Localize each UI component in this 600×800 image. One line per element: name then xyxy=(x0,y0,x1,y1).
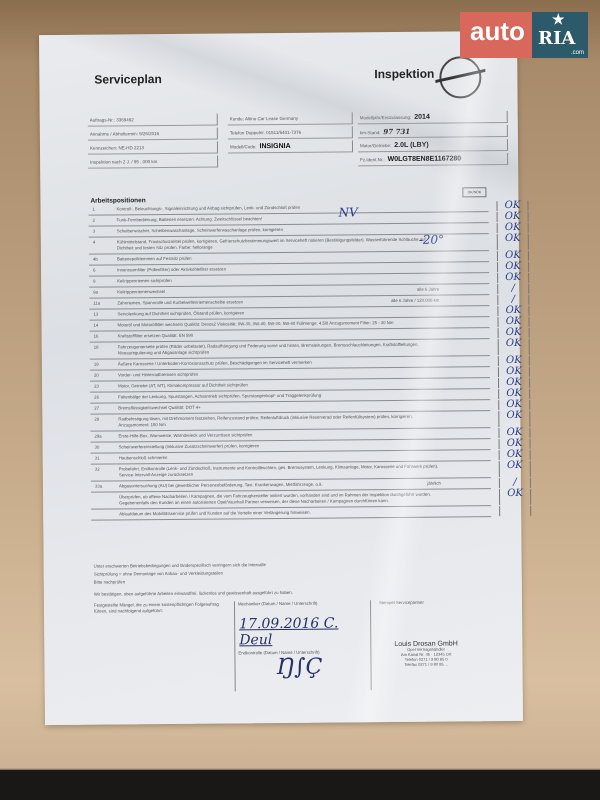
item-check-mark: OK xyxy=(497,234,529,250)
work-items-table: 1Kontroll-, Beleuchtungs-, Signaleinrich… xyxy=(88,201,491,520)
header-field: Inspektion nach 2 J. / 95 ..000 km xyxy=(88,156,218,169)
item-interval: alle 6 Jahre xyxy=(417,287,439,293)
item-check-mark: OK xyxy=(498,400,530,410)
item-description: Keilrippenriemen sichtprüfen xyxy=(117,276,439,285)
item-description: Motoröl und Motorölfilter wechseln Quali… xyxy=(118,320,440,329)
item-description: Kühlmittelstand, Frostschutzmittel prüfe… xyxy=(117,237,439,252)
item-check-mark: / xyxy=(497,284,529,294)
header-field: Auftrags-Nr.: 3369492 xyxy=(88,114,218,127)
item-check-mark: OK xyxy=(496,201,528,211)
item-check-mark: OK xyxy=(498,378,530,388)
autoria-watermark: auto ★ RIA .com xyxy=(460,12,588,58)
mechanic-box: Mechaniker (Datum / Name / Unterschrift)… xyxy=(234,600,372,691)
item-number: 2 xyxy=(93,217,111,223)
item-number: 23 xyxy=(94,383,112,389)
handwritten-note: NV xyxy=(339,209,358,215)
model-value: INSIGNIA xyxy=(259,143,290,150)
item-check-mark: / xyxy=(499,478,531,488)
item-check-mark: OK xyxy=(497,262,529,272)
item-number: 9 xyxy=(93,278,111,284)
handwritten-note: -20° xyxy=(419,237,444,243)
item-check-mark: OK xyxy=(499,489,531,505)
header-value: 2.0L (LBY) xyxy=(394,142,429,149)
header-field: Modelljahr/Erstzulassung:2014 xyxy=(358,111,508,124)
document-title: Serviceplan xyxy=(94,72,161,87)
header-field: Annahme / Abholtermin: 9/26/2016 xyxy=(88,128,218,141)
footnote-line: Bitte nachprüfen xyxy=(94,577,266,587)
item-description: Probefahrt, Endkontrolle (Lenk- und Zünd… xyxy=(119,464,441,479)
item-description: Äußere Karosserie / Unterboden-Korrosion… xyxy=(118,359,440,368)
mechanic-label: Mechaniker (Datum / Name / Unterschrift) xyxy=(235,600,370,606)
confirmation-text: Wir bestätigen, oben aufgeführte Arbeite… xyxy=(94,590,293,597)
header-field: Telefon Doppelnr. 01511/5401-7376 xyxy=(228,126,353,139)
table-row: Ablaufdatum des Mobilitätsservice prüfen… xyxy=(91,506,491,520)
footnotes: Unter erschwerten Betriebsbedingungen un… xyxy=(94,561,266,587)
item-check-mark: OK xyxy=(498,339,530,355)
item-check-mark: OK xyxy=(497,251,529,261)
item-number: 26 xyxy=(94,394,112,400)
item-check-mark: OK xyxy=(498,411,530,427)
item-description: Innenraumfilter (Pollenfilter) oder Akti… xyxy=(117,265,439,274)
mechanic-signature: 17.09.2016 C. Deul xyxy=(235,615,370,648)
item-description: Haubenschloß schmieren xyxy=(119,453,441,462)
item-description: Batteriepolklemmen auf Festsitz prüfen xyxy=(117,254,439,263)
item-number: 3 xyxy=(93,228,111,234)
document-subtitle: Inspektion xyxy=(374,67,434,82)
item-number: 9a xyxy=(93,289,111,295)
item-description: Abgasuntersuchung (AU) bei gewerblicher … xyxy=(119,481,441,490)
item-number: 29a xyxy=(94,433,112,439)
header-field: Modell/Code:INSIGNIA xyxy=(228,140,353,153)
watermark-auto: auto xyxy=(460,12,532,58)
item-number: 1 xyxy=(92,206,110,212)
item-check-mark: OK xyxy=(499,439,531,449)
header-value: 2014 xyxy=(414,114,430,121)
item-check-mark: OK xyxy=(498,367,530,377)
item-description: Servolenkung auf Dichtheit sichtprüfen, … xyxy=(117,309,439,318)
item-check-mark: OK xyxy=(497,306,529,316)
item-number: 6 xyxy=(93,267,111,273)
item-description: Fahrzeugunterseite prüfen (Räder unbelas… xyxy=(118,342,440,357)
item-description: Scheibenwischer, Scheibenwaschanlage, Sc… xyxy=(117,226,439,235)
item-description: Erste-Hilfe-Box, Warnweste, Warndreieck … xyxy=(118,431,440,440)
item-description: Funk-Fernbedienung, Batterien ersetzen. … xyxy=(117,215,439,224)
defects-label: Festgestellte Mängel, die zu einem koste… xyxy=(94,602,224,615)
item-number: 19 xyxy=(94,361,112,367)
item-description: Keilrippenriemenwechsel xyxy=(117,287,439,296)
item-number: 18 xyxy=(94,344,112,350)
item-description: Ablaufdatum des Mobilitätsservice prüfen… xyxy=(119,509,441,518)
item-number: 4b xyxy=(93,256,111,262)
item-check-mark: OK xyxy=(499,461,531,477)
item-number: 32 xyxy=(95,466,113,472)
item-check-mark: OK xyxy=(498,328,530,338)
item-check-mark: OK xyxy=(497,273,529,283)
stamp-label: Stempel Servicepartner xyxy=(379,600,424,605)
header-field: Kunde: Altino Car Lease Germany xyxy=(228,112,353,125)
item-description: Kontroll-, Beleuchtungs-, Signaleinricht… xyxy=(116,204,438,213)
item-check-mark: OK xyxy=(497,212,529,222)
item-interval: alle 6 Jahre / 120.000 km xyxy=(391,298,439,304)
star-icon: ★ xyxy=(552,12,565,28)
signature-block: Festgestellte Mängel, die zu einem koste… xyxy=(94,599,505,693)
item-description: Überprüfen, ob offene Nacharbeiten / Kam… xyxy=(119,492,441,507)
ok-nok-header: OK/NOK xyxy=(462,187,486,197)
item-number: 30 xyxy=(95,444,113,450)
header-field: Fz.Ident.Nr.:W0LGT8EN8E1167280 xyxy=(358,153,508,166)
item-description: Vorder- und Hinterradbremsen sichtprüfen xyxy=(118,370,440,379)
dealer-stamp: Louis Drosan GmbH Opel Vertragshändler A… xyxy=(394,641,458,667)
item-description: Kraftstofffilter ersetzen Qualität: EN 5… xyxy=(118,331,440,340)
floor-shadow xyxy=(0,770,600,800)
header-field: km-Stand:97 731 xyxy=(358,125,508,138)
item-number: 11a xyxy=(93,300,111,306)
vehicle-header: Auftrags-Nr.: 3369492Annahme / Abholterm… xyxy=(88,111,508,115)
opel-logo-icon xyxy=(439,56,481,98)
item-number: 14 xyxy=(94,322,112,328)
item-interval: jährlich xyxy=(427,481,441,487)
header-field: Motor/Getriebe:2.0L (LBY) xyxy=(358,139,508,152)
service-plan-sheet: Serviceplan Inspektion Auftrags-Nr.: 336… xyxy=(39,31,523,725)
header-value: 97 731 xyxy=(383,127,410,136)
item-description: Motor, Getriebe (AT, MT), Klimakompresso… xyxy=(118,381,440,390)
item-check-mark: / xyxy=(497,295,529,305)
item-number: 31 xyxy=(95,455,113,461)
header-value: W0LGT8EN8E1167280 xyxy=(388,155,462,163)
item-check-mark: OK xyxy=(498,428,530,438)
item-check-mark: OK xyxy=(498,356,530,366)
item-number: 27 xyxy=(94,405,112,411)
item-number: 13 xyxy=(93,311,111,317)
item-description: Faltenbälge der Lenkung, Spurstangen, Ac… xyxy=(118,392,440,401)
item-description: Bremsflüssigkeitswechsel Qualität: DOT 4… xyxy=(118,403,440,412)
header-field: Kennzeichen: NE-HD 2213 xyxy=(88,142,218,155)
item-check-mark: OK xyxy=(498,389,530,399)
watermark-ria: ★ RIA .com xyxy=(532,12,588,58)
item-check-mark: OK xyxy=(497,223,529,233)
item-number: 20 xyxy=(94,372,112,378)
item-number: 16 xyxy=(94,333,112,339)
item-check-mark: OK xyxy=(499,450,531,460)
final-check-signature: Ŋ∫Ç xyxy=(235,654,370,680)
item-description: Radbefestigung lösen, mit Drehmoment fes… xyxy=(118,414,440,429)
item-number: 33a xyxy=(95,483,113,489)
item-number: 29 xyxy=(94,416,112,422)
item-description: Scheinwerfereinstellung (inklusive Zusat… xyxy=(119,442,441,451)
item-number: 4 xyxy=(93,239,111,245)
item-check-mark xyxy=(499,506,531,516)
item-check-mark: OK xyxy=(497,317,529,327)
